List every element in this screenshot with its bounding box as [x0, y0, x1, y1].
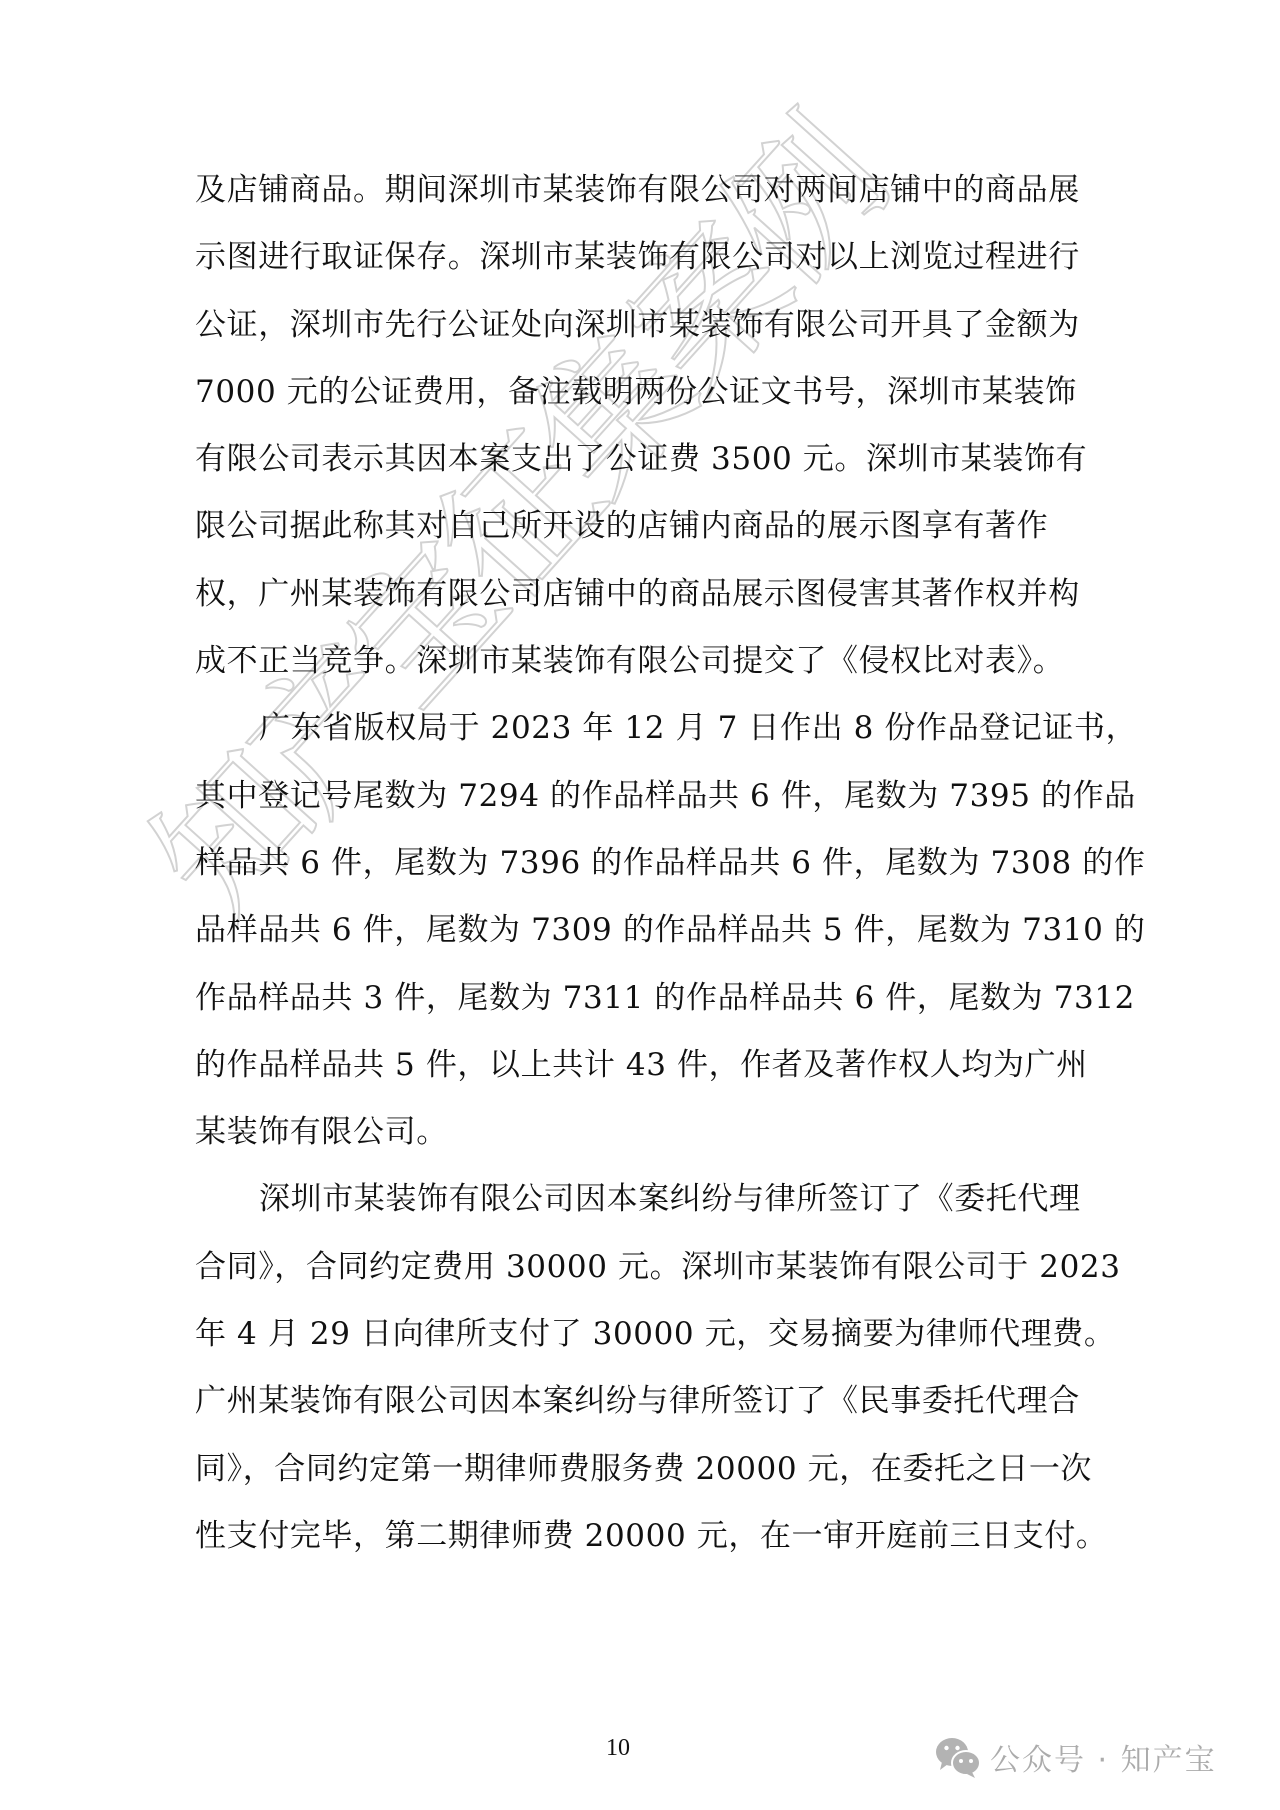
text-line: 的作品样品共 5 件，以上共计 43 件，作者及著作权人均为广州 [195, 1043, 1095, 1110]
text-line: 某装饰有限公司。 [195, 1110, 1095, 1177]
text-line: 合同》，合同约定费用 30000 元。深圳市某装饰有限公司于 2023 [195, 1245, 1095, 1312]
text-line: 年 4 月 29 日向律所支付了 30000 元，交易摘要为律师代理费。 [195, 1312, 1095, 1379]
paragraph-start-line: 广东省版权局于 2023 年 12 月 7 日作出 8 份作品登记证书， [195, 706, 1095, 773]
text-line: 性支付完毕，第二期律师费 20000 元，在一审开庭前三日支付。 [195, 1514, 1095, 1581]
wechat-icon [934, 1735, 982, 1779]
document-body: 及店铺商品。期间深圳市某装饰有限公司对两间店铺中的商品展 示图进行取证保存。深圳… [195, 168, 1095, 1581]
paragraph-start-line: 深圳市某装饰有限公司因本案纠纷与律所签订了《委托代理 [195, 1177, 1095, 1244]
text-line: 权，广州某装饰有限公司店铺中的商品展示图侵害其著作权并构 [195, 572, 1095, 639]
text-line: 有限公司表示其因本案支出了公证费 3500 元。深圳市某装饰有 [195, 437, 1095, 504]
page-number: 10 [606, 1735, 630, 1762]
text-line: 作品样品共 3 件，尾数为 7311 的作品样品共 6 件，尾数为 7312 [195, 976, 1095, 1043]
text-line: 限公司据此称其对自己所开设的店铺内商品的展示图享有著作 [195, 504, 1095, 571]
text-line: 同》，合同约定第一期律师费服务费 20000 元，在委托之日一次 [195, 1447, 1095, 1514]
text-line: 样品共 6 件，尾数为 7396 的作品样品共 6 件，尾数为 7308 的作 [195, 841, 1095, 908]
text-line: 示图进行取证保存。深圳市某装饰有限公司对以上浏览过程进行 [195, 235, 1095, 302]
text-line: 品样品共 6 件，尾数为 7309 的作品样品共 5 件，尾数为 7310 的 [195, 908, 1095, 975]
text-line: 及店铺商品。期间深圳市某装饰有限公司对两间店铺中的商品展 [195, 168, 1095, 235]
text-line: 广州某装饰有限公司因本案纠纷与律所签订了《民事委托代理合 [195, 1379, 1095, 1446]
text-line: 公证，深圳市先行公证处向深圳市某装饰有限公司开具了金额为 [195, 303, 1095, 370]
text-line: 7000 元的公证费用，备注载明两份公证文书号，深圳市某装饰 [195, 370, 1095, 437]
text-line: 成不正当竞争。深圳市某装饰有限公司提交了《侵权比对表》。 [195, 639, 1095, 706]
brand-label: 公众号 · 知产宝 [990, 1735, 1217, 1779]
text-line: 其中登记号尾数为 7294 的作品样品共 6 件，尾数为 7395 的作品 [195, 774, 1095, 841]
document-page: 知产宝征集案例 及店铺商品。期间深圳市某装饰有限公司对两间店铺中的商品展 示图进… [0, 0, 1280, 1810]
wechat-account-brand: 公众号 · 知产宝 [934, 1735, 1217, 1779]
